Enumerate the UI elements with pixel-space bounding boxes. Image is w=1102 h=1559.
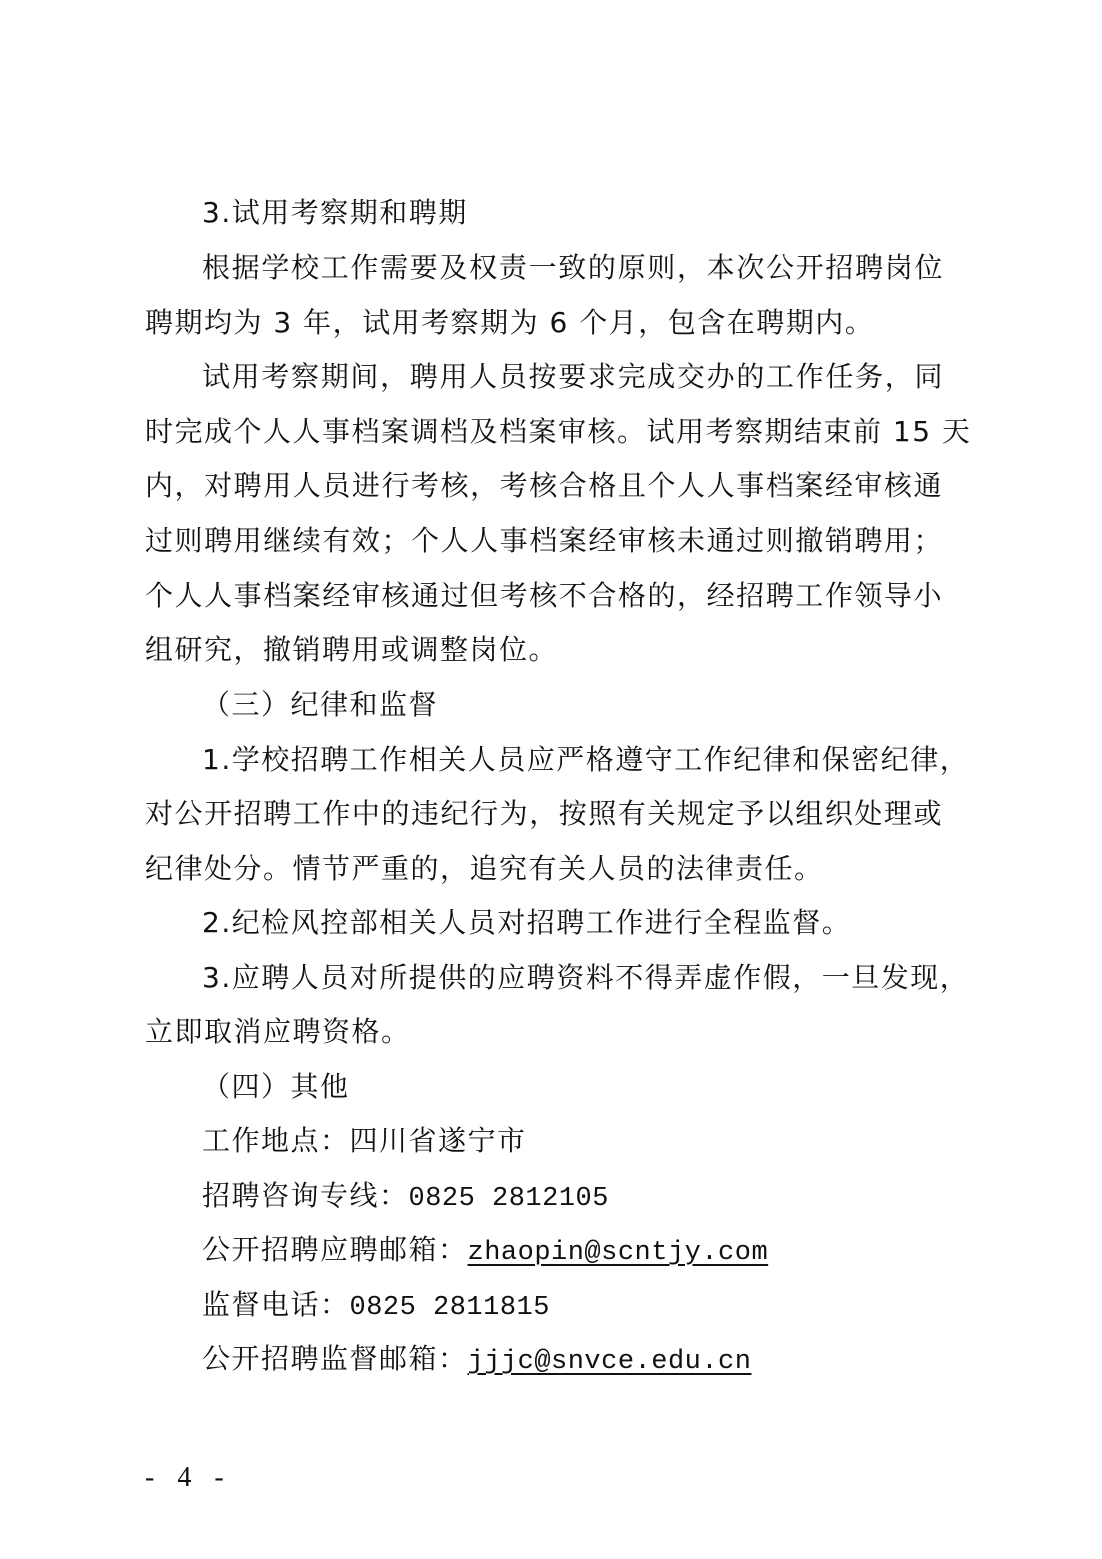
paragraph-line: 聘期均为 3 年，试用考察期为 6 个月，包含在聘期内。	[145, 303, 945, 343]
paragraph-line: 1.学校招聘工作相关人员应严格遵守工作纪律和保密纪律，	[202, 740, 944, 780]
paragraph-line: 2.纪检风控部相关人员对招聘工作进行全程监督。	[202, 903, 1002, 943]
supervision-email-row: 公开招聘监督邮箱：jjjc@snvce.edu.cn	[202, 1339, 1002, 1379]
section-heading-discipline: （三）纪律和监督	[202, 685, 1002, 725]
supervision-phone-label: 监督电话：	[202, 1288, 350, 1321]
paragraph-line: 个人人事档案经审核通过但考核不合格的，经招聘工作领导小	[145, 576, 943, 616]
section-heading-probation: 3.试用考察期和聘期	[202, 193, 1002, 233]
hotline-value: 0825 2812105	[409, 1184, 609, 1214]
paragraph-line: 根据学校工作需要及权责一致的原则，本次公开招聘岗位	[202, 248, 944, 288]
paragraph-line: 内，对聘用人员进行考核，考核合格且个人人事档案经审核通	[145, 466, 943, 506]
page-number: - 4 -	[145, 1462, 232, 1494]
supervision-phone-value: 0825 2811815	[350, 1293, 550, 1323]
application-email-link[interactable]: zhaopin@scntjy.com	[468, 1238, 769, 1268]
paragraph-line: 组研究，撤销聘用或调整岗位。	[145, 630, 945, 670]
paragraph-line: 对公开招聘工作中的违纪行为，按照有关规定予以组织处理或	[145, 794, 943, 834]
paragraph-line: 3.应聘人员对所提供的应聘资料不得弄虚作假，一旦发现，	[202, 958, 944, 998]
paragraph-line: 立即取消应聘资格。	[145, 1012, 945, 1052]
work-location-row: 工作地点：四川省遂宁市	[202, 1121, 1002, 1161]
paragraph-line: 时完成个人人事档案调档及档案审核。试用考察期结束前 15 天	[145, 412, 943, 452]
document-page: 3.试用考察期和聘期 根据学校工作需要及权责一致的原则，本次公开招聘岗位 聘期均…	[0, 0, 1102, 1559]
hotline-row: 招聘咨询专线：0825 2812105	[202, 1176, 1002, 1216]
work-location-value: 四川省遂宁市	[350, 1124, 527, 1157]
supervision-phone-row: 监督电话：0825 2811815	[202, 1285, 1002, 1325]
paragraph-line: 过则聘用继续有效；个人人事档案经审核未通过则撤销聘用；	[145, 521, 943, 561]
application-email-label: 公开招聘应聘邮箱：	[202, 1233, 468, 1266]
work-location-label: 工作地点：	[202, 1124, 350, 1157]
hotline-label: 招聘咨询专线：	[202, 1179, 409, 1212]
supervision-email-link[interactable]: jjjc@snvce.edu.cn	[468, 1347, 752, 1377]
section-heading-other: （四）其他	[202, 1067, 1002, 1107]
paragraph-line: 纪律处分。情节严重的，追究有关人员的法律责任。	[145, 849, 945, 889]
paragraph-line: 试用考察期间，聘用人员按要求完成交办的工作任务，同	[202, 357, 944, 397]
application-email-row: 公开招聘应聘邮箱：zhaopin@scntjy.com	[202, 1230, 1002, 1270]
supervision-email-label: 公开招聘监督邮箱：	[202, 1342, 468, 1375]
